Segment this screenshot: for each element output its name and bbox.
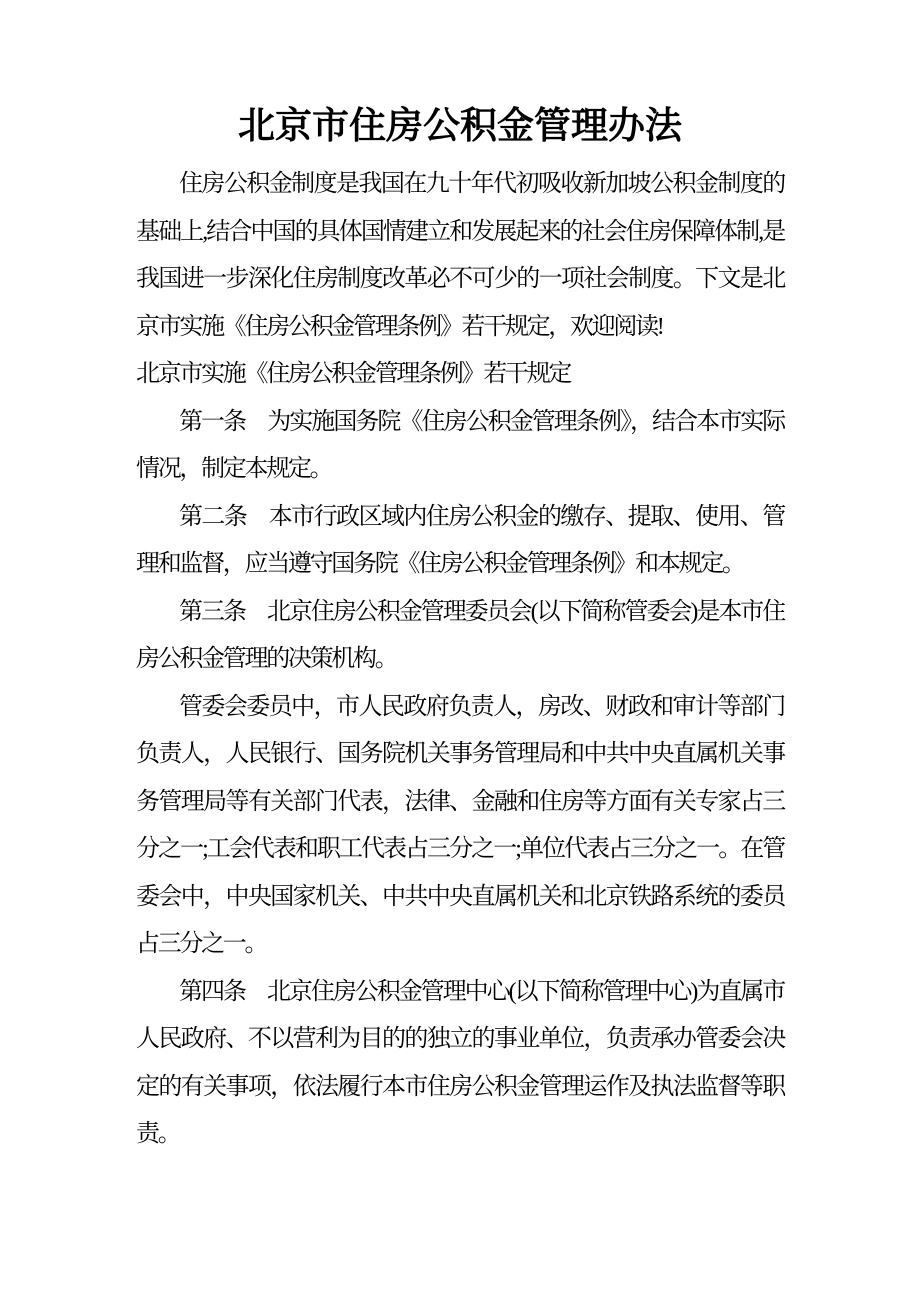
paragraph-subheading: 北京市实施《住房公积金管理条例》若干规定 — [136, 351, 784, 399]
document-page: 北京市住房公积金管理办法 住房公积金制度是我国在九十年代初吸收新加坡公积金制度的… — [0, 0, 920, 1302]
paragraph-article-3: 第三条 北京住房公积金管理委员会(以下简称管委会)是本市住房公积金管理的决策机构… — [136, 589, 784, 684]
document-body: 住房公积金制度是我国在九十年代初吸收新加坡公积金制度的基础上,结合中国的具体国情… — [136, 161, 784, 1159]
document-title: 北京市住房公积金管理办法 — [0, 0, 920, 149]
paragraph-committee-composition: 管委会委员中，市人民政府负责人，房改、财政和审计等部门负责人，人民银行、国务院机… — [136, 684, 784, 969]
paragraph-article-2: 第二条 本市行政区域内住房公积金的缴存、提取、使用、管理和监督，应当遵守国务院《… — [136, 494, 784, 589]
paragraph-article-1: 第一条 为实施国务院《住房公积金管理条例》，结合本市实际情况，制定本规定。 — [136, 399, 784, 494]
paragraph-article-4: 第四条 北京住房公积金管理中心(以下简称管理中心)为直属市人民政府、不以营利为目… — [136, 969, 784, 1159]
paragraph-intro: 住房公积金制度是我国在九十年代初吸收新加坡公积金制度的基础上,结合中国的具体国情… — [136, 161, 784, 351]
